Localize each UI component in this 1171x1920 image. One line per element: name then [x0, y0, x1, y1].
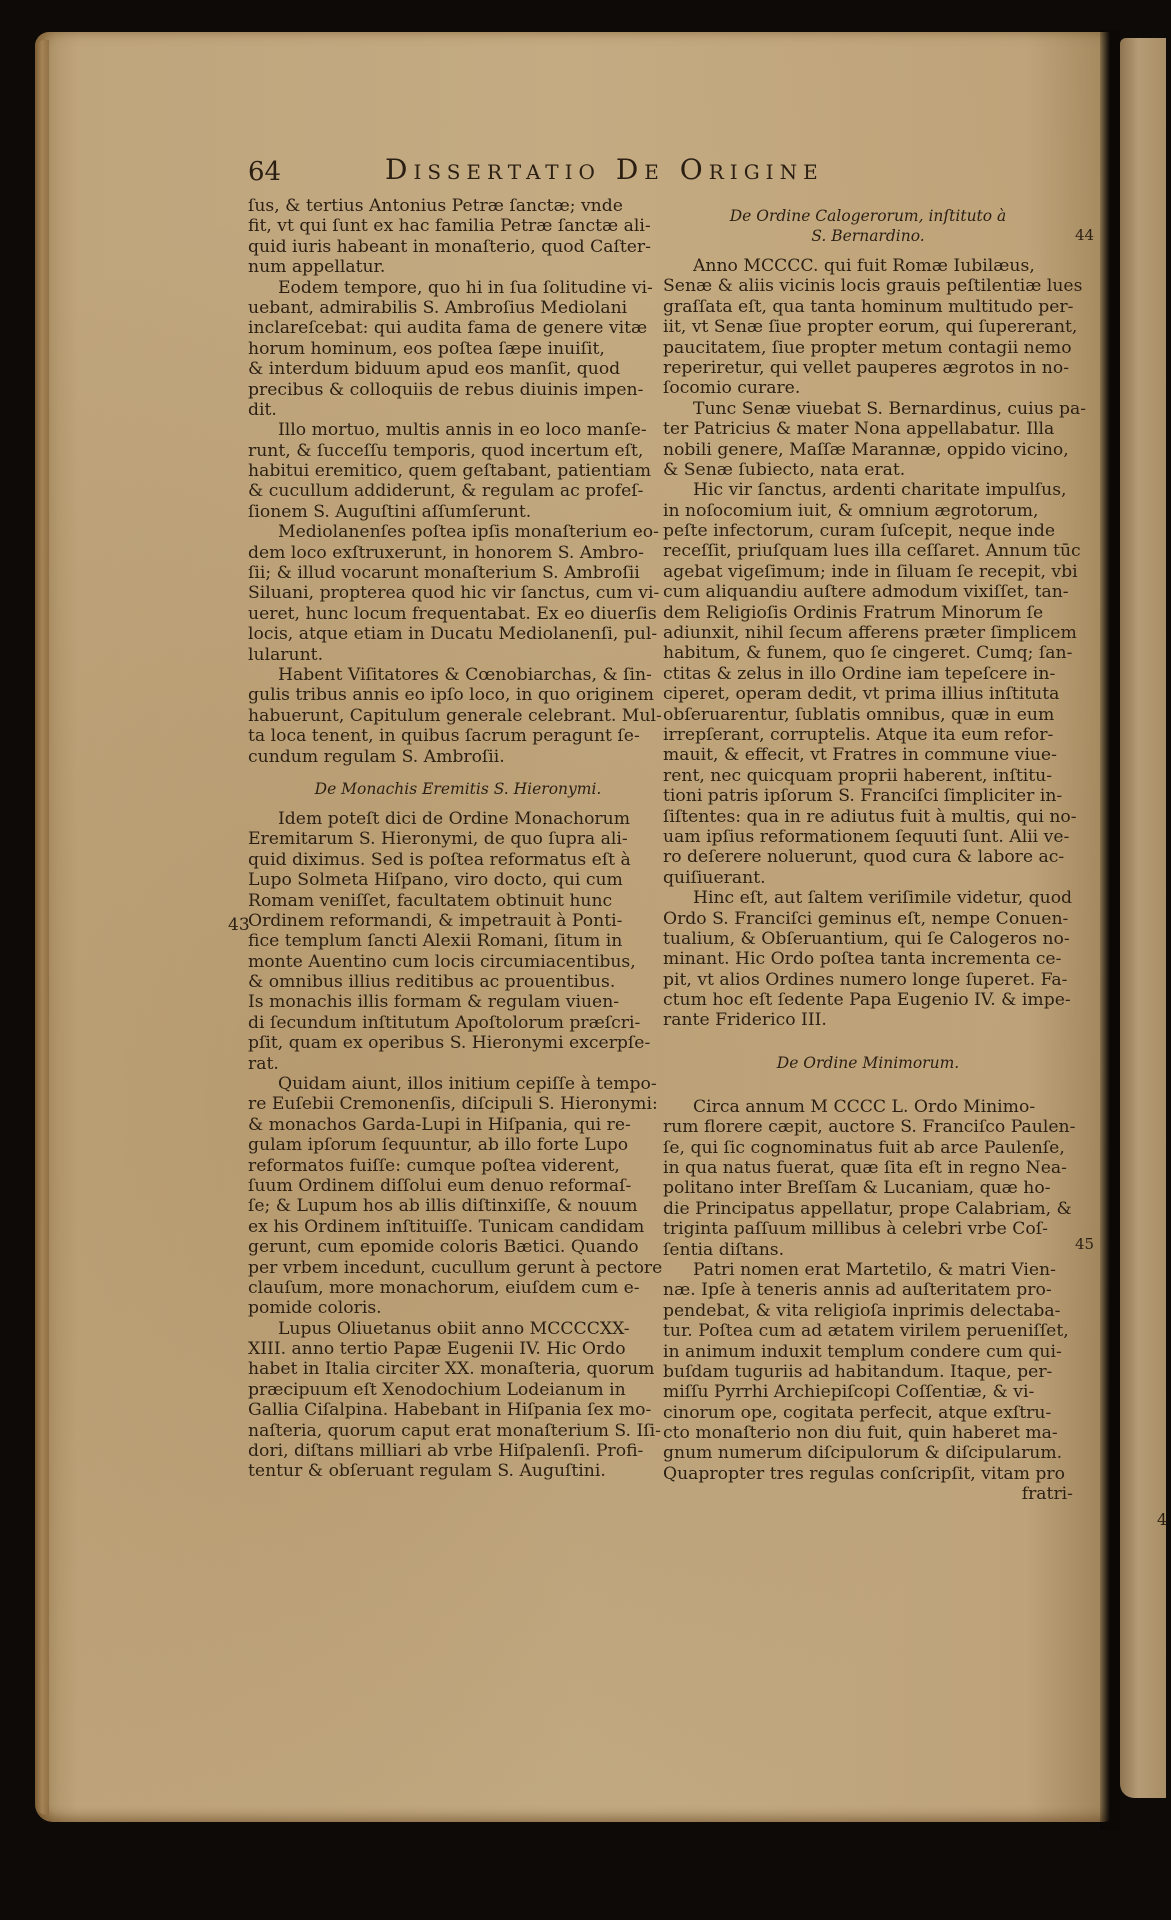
- text-line: pſit, quam ex operibus S. Hieronymi exce…: [248, 1033, 668, 1053]
- text-line: die Principatus appellatur, prope Calabr…: [663, 1199, 1073, 1219]
- text-line: næ. Ipſe à teneris annis ad auſteritatem…: [663, 1280, 1073, 1300]
- text-line: fit, vt qui ſunt ex hac familia Petræ ſa…: [248, 216, 668, 236]
- text-line: clauſum, more monachorum, eiuſdem cum e-: [248, 1278, 668, 1298]
- text-line: ro deſerere noluerunt, quod cura & labor…: [663, 847, 1073, 867]
- text-line: rum florere cæpit, auctore S. Franciſco …: [663, 1117, 1073, 1137]
- section-heading-hieronymi: De Monachis Eremitis S. Hieronymi.: [248, 779, 668, 799]
- paragraph: Idem poteſt dici de Ordine Monachorum Er…: [248, 809, 668, 1074]
- text-line: habuerunt, Capitulum generale celebrant.…: [248, 706, 668, 726]
- paragraph: Mediolanenſes poſtea ipſis monaſterium e…: [248, 522, 668, 665]
- text-line: Quapropter tres regulas conſcripſit, vit…: [663, 1464, 1073, 1484]
- spacer: [248, 767, 668, 779]
- paragraph: Hic vir ſanctus, ardenti charitate impul…: [663, 480, 1073, 888]
- text-line: gerunt, cum epomide coloris Bætici. Quan…: [248, 1237, 668, 1257]
- text-line: agebat vigeſimum; inde in ſiluam ſe rece…: [663, 562, 1073, 582]
- text-line: tioni patris ipſorum S. Franciſci ſimpli…: [663, 786, 1073, 806]
- text-line: gnum numerum diſcipulorum & diſcipularum…: [663, 1443, 1073, 1463]
- text-line: habitum, & funem, quo ſe cingeret. Cumq;…: [663, 643, 1073, 663]
- text-line: ex his Ordinem inſtituiſſe. Tunicam cand…: [248, 1217, 668, 1237]
- text-line: lularunt.: [248, 645, 668, 665]
- text-line: quid iuris habeant in monaſterio, quod C…: [248, 237, 668, 257]
- text-line: rent, nec quicquam proprii haberent, inſ…: [663, 766, 1073, 786]
- catchword: fratri-: [663, 1484, 1073, 1504]
- text-line: Lupus Oliuetanus obiit anno MCCCCXX-: [248, 1319, 668, 1339]
- text-line: precibus & colloquiis de rebus diuinis i…: [248, 380, 668, 400]
- text-line: monte Auentino cum locis circumiacentibu…: [248, 952, 668, 972]
- left-column: ſus, & tertius Antonius Petræ ſanctæ; vn…: [248, 196, 668, 1482]
- text-line: pendebat, & vita religioſa inprimis dele…: [663, 1301, 1073, 1321]
- paragraph: Anno MCCCC. qui fuit Romæ Iubilæus, Senæ…: [663, 256, 1073, 399]
- text-line: XIII. anno tertio Papæ Eugenii IV. Hic O…: [248, 1339, 668, 1359]
- text-line: politano inter Breſſam & Lucaniam, quæ h…: [663, 1178, 1073, 1198]
- text-line: & Senæ ſubiecto, nata erat.: [663, 460, 1073, 480]
- text-line: tentur & obſeruant regulam S. Auguſtini.: [248, 1461, 668, 1481]
- text-line: dit.: [248, 400, 668, 420]
- page-edge: [35, 40, 49, 1815]
- text-line: paucitatem, ſiue propter metum contagii …: [663, 338, 1073, 358]
- paragraph: Illo mortuo, multis annis in eo loco man…: [248, 420, 668, 522]
- running-head: Dissertatio De Origine: [385, 153, 824, 186]
- text-line: mauit, & effecit, vt Fratres in commune …: [663, 745, 1073, 765]
- spacer: [663, 246, 1073, 256]
- text-line: quid diximus. Sed is poſtea reformatus e…: [248, 850, 668, 870]
- text-line: Hinc eſt, aut ſaltem veriſimile videtur,…: [663, 888, 1073, 908]
- text-line: miſſu Pyrrhi Archiepiſcopi Coſſentiæ, & …: [663, 1382, 1073, 1402]
- paragraph: Lupus Oliuetanus obiit anno MCCCCXX- XII…: [248, 1319, 668, 1482]
- spacer: [663, 1073, 1073, 1097]
- text-line: & interdum biduum apud eos manſit, quod: [248, 359, 668, 379]
- text-line: irrepſerant, corruptelis. Atque ita eum …: [663, 725, 1073, 745]
- text-line: Eodem tempore, quo hi in ſua ſolitudine …: [248, 278, 668, 298]
- text-line: Quidam aiunt, illos initium cepiſſe à te…: [248, 1074, 668, 1094]
- text-line: quiſiuerant.: [663, 868, 1073, 888]
- text-line: num appellatur.: [248, 257, 668, 277]
- text-line: & omnibus illius reditibus ac prouentibu…: [248, 972, 668, 992]
- text-line: receſſit, priuſquam lues illa ceſſaret. …: [663, 541, 1073, 561]
- text-line: rat.: [248, 1054, 668, 1074]
- text-line: ſe, qui ſic cognominatus fuit ab arce Pa…: [663, 1138, 1073, 1158]
- text-line: cum aliquandiu auſtere admodum vixiſſet,…: [663, 582, 1073, 602]
- text-line: iit, vt Senæ ſiue propter eorum, qui ſup…: [663, 317, 1073, 337]
- margin-number-45: 45: [1075, 1235, 1094, 1253]
- spacer: [663, 1031, 1073, 1053]
- text-line: inclareſcebat: qui audita fama de genere…: [248, 318, 668, 338]
- text-line: gulam ipſorum ſequuntur, ab illo forte L…: [248, 1135, 668, 1155]
- text-line: Anno MCCCC. qui fuit Romæ Iubilæus,: [663, 256, 1073, 276]
- text-line: graſſata eſt, qua tanta hominum multitud…: [663, 297, 1073, 317]
- book-gutter: [1100, 30, 1120, 1830]
- text-line: ciperet, operam dedit, vt prima illius i…: [663, 684, 1073, 704]
- text-line: pomide coloris.: [248, 1298, 668, 1318]
- right-column: De Ordine Calogerorum, inſtituto à S. Be…: [663, 206, 1073, 1505]
- margin-number-43: 43: [228, 915, 250, 935]
- text-line: nobili genere, Maſſæ Marannæ, oppido vic…: [663, 440, 1073, 460]
- text-line: fice templum ſancti Alexii Romani, ſitum…: [248, 931, 668, 951]
- text-line: Tunc Senæ viuebat S. Bernardinus, cuius …: [663, 399, 1073, 419]
- text-line: Eremitarum S. Hieronymi, de quo ſupra al…: [248, 829, 668, 849]
- text-line: di ſecundum inſtitutum Apoſtolorum præſc…: [248, 1013, 668, 1033]
- text-line: Siluani, propterea quod hic vir ſanctus,…: [248, 583, 668, 603]
- paragraph: ſus, & tertius Antonius Petræ ſanctæ; vn…: [248, 196, 668, 278]
- text-line: obſeruarentur, ſublatis omnibus, quæ in …: [663, 705, 1073, 725]
- text-line: Mediolanenſes poſtea ipſis monaſterium e…: [248, 522, 668, 542]
- text-line: rante Friderico III.: [663, 1010, 1073, 1030]
- text-line: & monachos Garda-Lupi in Hiſpania, qui r…: [248, 1115, 668, 1135]
- text-line: ueret, hunc locum frequentabat. Ex eo di…: [248, 604, 668, 624]
- text-line: in animum induxit templum condere cum qu…: [663, 1342, 1073, 1362]
- text-line: Patri nomen erat Martetilo, & matri Vien…: [663, 1260, 1073, 1280]
- paragraph: Eodem tempore, quo hi in ſua ſolitudine …: [248, 278, 668, 421]
- paragraph: Quidam aiunt, illos initium cepiſſe à te…: [248, 1074, 668, 1319]
- text-line: ſuum Ordinem diſſolui eum denuo reformaſ…: [248, 1176, 668, 1196]
- text-line: ſus, & tertius Antonius Petræ ſanctæ; vn…: [248, 196, 668, 216]
- text-line: ſii; & illud vocarunt monaſterium S. Amb…: [248, 563, 668, 583]
- text-line: re Euſebii Cremonenſis, diſcipuli S. Hie…: [248, 1094, 668, 1114]
- section-heading-calogerorum-line2: S. Bernardino.: [663, 226, 1073, 246]
- text-line: reformatos fuiſſe: cumque poſtea videren…: [248, 1156, 668, 1176]
- text-line: ſentia diſtans.: [663, 1240, 1073, 1260]
- section-heading-calogerorum: De Ordine Calogerorum, inſtituto à: [663, 206, 1073, 226]
- text-line: cinorum ope, cogitata perfecit, atque ex…: [663, 1403, 1073, 1423]
- text-line: in noſocomium iuit, & omnium ægrotorum,: [663, 501, 1073, 521]
- text-line: Lupo Solmeta Hiſpano, viro docto, qui cu…: [248, 870, 668, 890]
- text-line: pit, vt alios Ordines numero longe ſuper…: [663, 970, 1073, 990]
- text-line: Idem poteſt dici de Ordine Monachorum: [248, 809, 668, 829]
- text-line: runt, & ſucceſſu temporis, quod incertum…: [248, 441, 668, 461]
- facing-page-margin-number: 4: [1157, 1510, 1167, 1529]
- paragraph: Circa annum M CCCC L. Ordo Minimo- rum f…: [663, 1097, 1073, 1260]
- text-line: Senæ & aliis vicinis locis grauis peſtil…: [663, 276, 1073, 296]
- text-line: triginta paſſuum millibus à celebri vrbe…: [663, 1219, 1073, 1239]
- text-line: & cucullum addiderunt, & regulam ac prof…: [248, 481, 668, 501]
- text-line: horum hominum, eos poſtea ſæpe inuiſit,: [248, 339, 668, 359]
- text-line: habitui eremitico, quem geſtabant, patie…: [248, 461, 668, 481]
- text-line: Romam veniſſet, facultatem obtinuit hunc: [248, 891, 668, 911]
- text-line: minant. Hic Ordo poſtea tanta incrementa…: [663, 949, 1073, 969]
- text-line: Illo mortuo, multis annis in eo loco man…: [248, 420, 668, 440]
- text-line: ſionem S. Auguſtini aſſumſerunt.: [248, 502, 668, 522]
- text-line: Circa annum M CCCC L. Ordo Minimo-: [663, 1097, 1073, 1117]
- text-line: Ordo S. Franciſci geminus eſt, nempe Con…: [663, 909, 1073, 929]
- text-line: Gallia Ciſalpina. Habebant in Hiſpania ſ…: [248, 1400, 668, 1420]
- text-line: Habent Viſitatores & Cœnobiarchas, & ſin…: [248, 665, 668, 685]
- text-line: adiunxit, nihil ſecum afferens præter ſi…: [663, 623, 1073, 643]
- text-line: per vrbem incedunt, cucullum gerunt à pe…: [248, 1258, 668, 1278]
- text-line: Hic vir ſanctus, ardenti charitate impul…: [663, 480, 1073, 500]
- text-line: ſocomio curare.: [663, 378, 1073, 398]
- text-line: habet in Italia circiter XX. monaſteria,…: [248, 1359, 668, 1379]
- page-number: 64: [248, 157, 281, 187]
- paragraph: Habent Viſitatores & Cœnobiarchas, & ſin…: [248, 665, 668, 767]
- text-line: peſte infectorum, curam ſuſcepit, neque …: [663, 521, 1073, 541]
- text-line: buſdam tuguriis ad habitandum. Itaque, p…: [663, 1362, 1073, 1382]
- text-line: ctum hoc eſt ſedente Papa Eugenio IV. & …: [663, 990, 1073, 1010]
- text-line: ſiſtentes: qua in re adiutus fuit à mult…: [663, 807, 1073, 827]
- section-heading-minimorum: De Ordine Minimorum.: [663, 1053, 1073, 1073]
- paragraph: Hinc eſt, aut ſaltem veriſimile videtur,…: [663, 888, 1073, 1031]
- text-line: ter Patricius & mater Nona appellabatur.…: [663, 419, 1073, 439]
- text-line: uam ipſius reformationem ſequuti ſunt. A…: [663, 827, 1073, 847]
- text-line: reperiretur, qui vellet pauperes ægrotos…: [663, 358, 1073, 378]
- text-line: ctitas & zelus in illo Ordine iam tepeſc…: [663, 664, 1073, 684]
- text-line: Ordinem reformandi, & impetrauit à Ponti…: [248, 911, 668, 931]
- text-line: dem Religioſis Ordinis Fratrum Minorum ſ…: [663, 603, 1073, 623]
- text-line: dem loco exſtruxerunt, in honorem S. Amb…: [248, 543, 668, 563]
- paragraph: Patri nomen erat Martetilo, & matri Vien…: [663, 1260, 1073, 1484]
- text-line: dori, diſtans milliari ab vrbe Hiſpalenſ…: [248, 1441, 668, 1461]
- margin-number-44: 44: [1075, 226, 1094, 244]
- facing-page-edge: [1120, 38, 1166, 1798]
- text-line: ſe; & Lupum hos ab illis diſtinxiſſe, & …: [248, 1196, 668, 1216]
- text-line: tualium, & Obſeruantium, qui ſe Calogero…: [663, 929, 1073, 949]
- text-line: locis, atque etiam in Ducatu Mediolanenſ…: [248, 624, 668, 644]
- text-line: in qua natus fuerat, quæ ſita eſt in reg…: [663, 1158, 1073, 1178]
- text-line: tur. Poſtea cum ad ætatem virilem peruen…: [663, 1321, 1073, 1341]
- text-line: naſteria, quorum caput erat monaſterium …: [248, 1421, 668, 1441]
- text-line: Is monachis illis formam & regulam viuen…: [248, 992, 668, 1012]
- text-line: cundum regulam S. Ambroſii.: [248, 747, 668, 767]
- text-line: ta loca tenent, in quibus ſacrum peragun…: [248, 726, 668, 746]
- text-line: præcipuum eſt Xenodochium Lodeianum in: [248, 1380, 668, 1400]
- paragraph: Tunc Senæ viuebat S. Bernardinus, cuius …: [663, 399, 1073, 481]
- spacer: [248, 799, 668, 809]
- text-line: uebant, admirabilis S. Ambroſius Mediola…: [248, 298, 668, 318]
- text-line: gulis tribus annis eo ipſo loco, in quo …: [248, 685, 668, 705]
- text-line: cto monaſterio non diu fuit, quin habere…: [663, 1423, 1073, 1443]
